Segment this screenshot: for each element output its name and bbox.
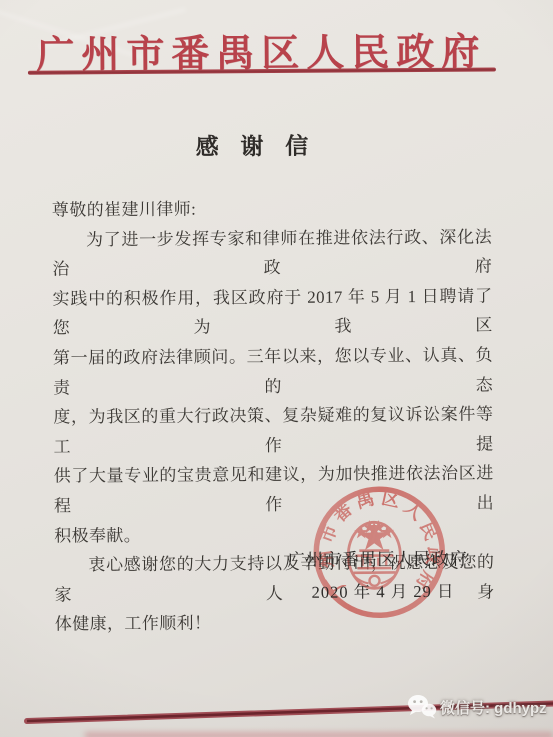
salutation: 尊敬的崔建川律师:	[52, 192, 492, 225]
wechat-watermark: 微信号: gdhypz	[407, 694, 547, 720]
letter-title: 感 谢 信	[0, 126, 533, 163]
letter-date: 2020 年 4 月 29 日	[311, 578, 454, 603]
letter-line: 度，为我区的重大行政决策、复杂疑难的复议诉讼案件等工作提	[53, 400, 493, 462]
letter-line: 实践中的积极作用，我区政府于 2017 年 5 月 1 日聘请了您为我区	[52, 281, 492, 343]
watermark-label: 微信号: gdhypz	[440, 697, 547, 718]
letter-line: 第一届的政府法律顾问。三年以来，您以专业、认真、负责的态	[53, 340, 493, 402]
letter-line: 为了进一步发挥专家和律师在推进依法行政、深化法治政府	[52, 222, 492, 284]
letter-photo: 广州市番禺区人民政府 感 谢 信 尊敬的崔建川律师: 为了进一步发挥专家和律师在…	[0, 0, 553, 737]
wechat-icon	[407, 694, 437, 720]
photo-edge-blur	[85, 732, 553, 737]
signature-org: 广州市番禺区人民政府	[287, 546, 467, 572]
letter-paper: 广州市番禺区人民政府 感 谢 信 尊敬的崔建川律师: 为了进一步发挥专家和律师在…	[0, 0, 553, 737]
